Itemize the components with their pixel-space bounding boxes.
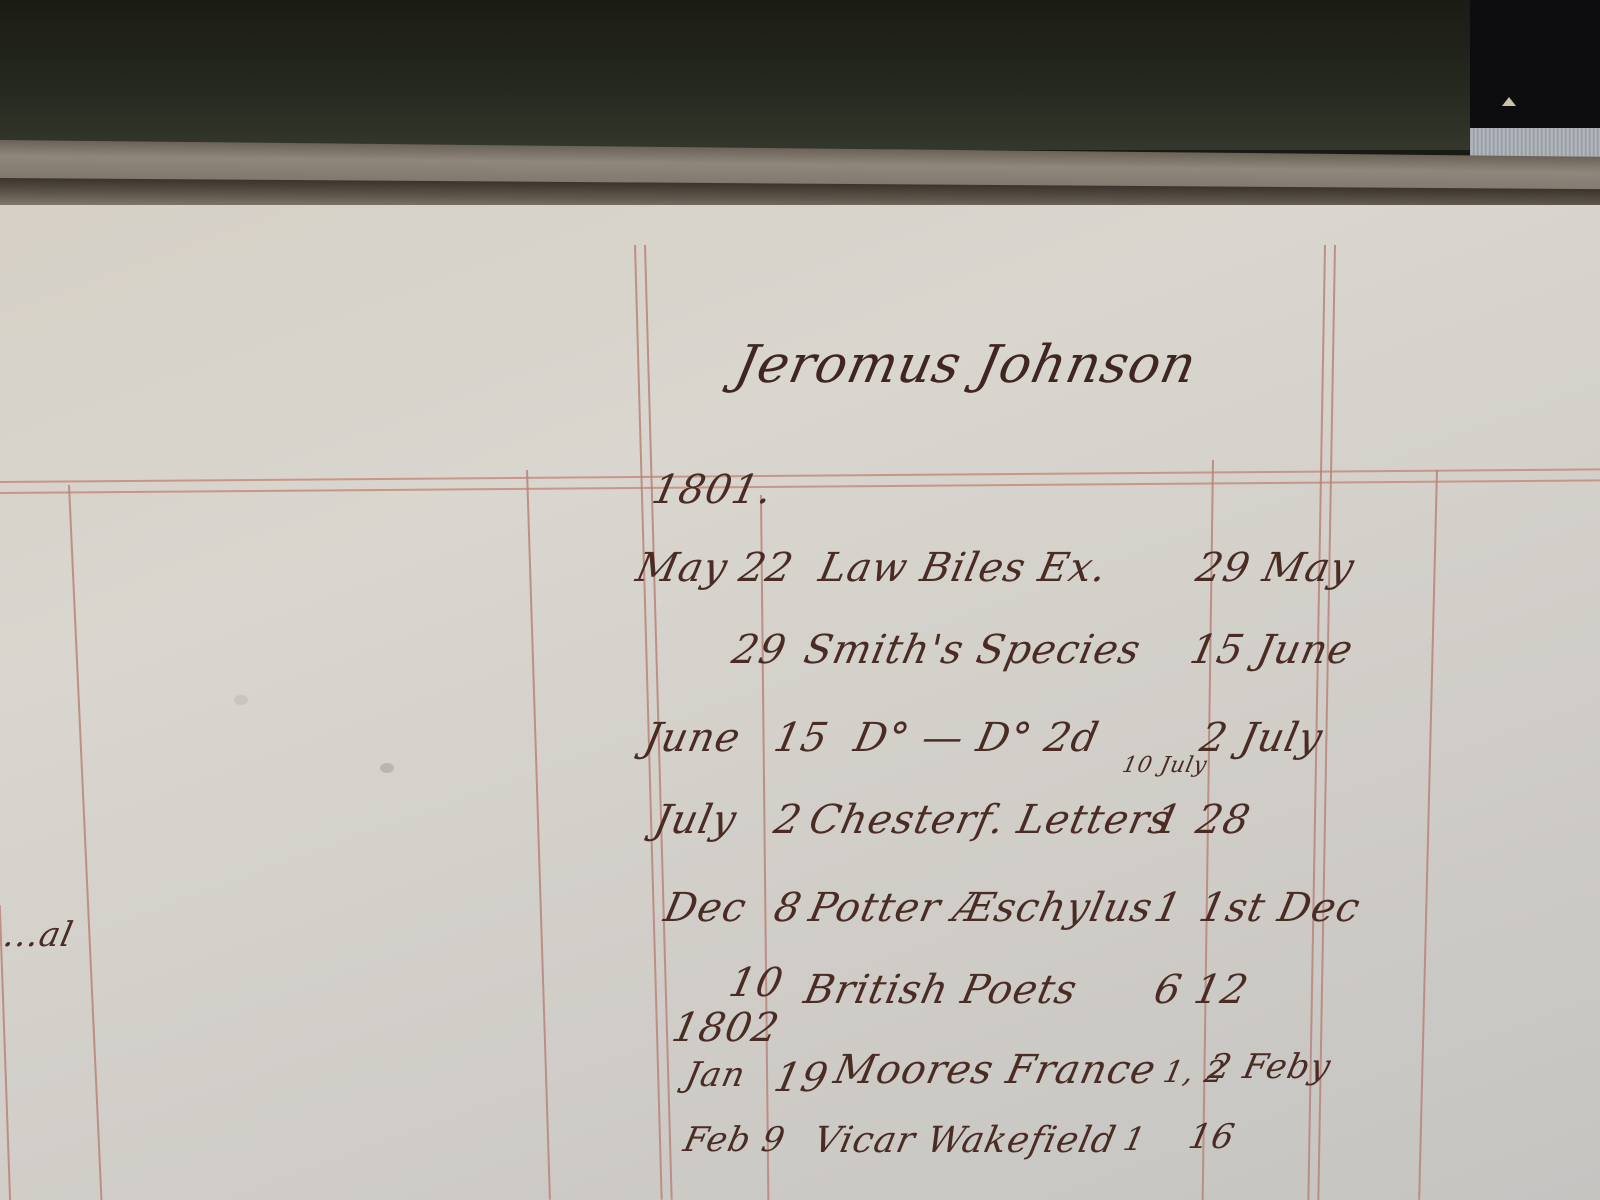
column-rule-1 [68, 485, 103, 1200]
entry-day: 9 [758, 1120, 789, 1160]
entry-month: May [632, 545, 732, 591]
entry-returned: 28 [1192, 797, 1255, 843]
entry-note: 10 July [1120, 753, 1210, 778]
entry-month: July [650, 797, 741, 843]
margin-fragment: ...al [0, 915, 77, 955]
entry-returned: 2 Feby [1205, 1047, 1335, 1087]
year-label-1802: 1802 [668, 1005, 784, 1051]
background-dark [1470, 0, 1600, 128]
entry-month: June [640, 715, 745, 761]
entry-month: Feb [680, 1120, 755, 1160]
header-rule-bottom [0, 479, 1600, 494]
entry-returned: 15 June [1186, 627, 1358, 673]
entry-month: Dec [660, 885, 751, 931]
entry-title: Law Biles Ex. [815, 545, 1112, 591]
column-rule-far-right [1418, 470, 1438, 1200]
entry-title: Chesterf. Letters [805, 797, 1176, 843]
entry-title: Moores France [830, 1047, 1160, 1093]
entry-day: 29 [728, 627, 791, 673]
column-rule-date [760, 495, 769, 1200]
entry-returned: 1st Dec [1195, 885, 1365, 931]
entry-day: 8 [770, 885, 806, 931]
entry-day: 2 [770, 797, 806, 843]
entry-day: 19 [770, 1055, 833, 1101]
ledger-photo: ...al Jeromus Johnson 1801. May 22 Law B… [0, 0, 1600, 1200]
entry-day: 15 [770, 715, 833, 761]
entry-returned: 2 July [1196, 715, 1327, 761]
entry-month: Jan [682, 1055, 749, 1095]
ledger-page: ...al Jeromus Johnson 1801. May 22 Law B… [0, 205, 1600, 1200]
entry-title: D° — D° 2d [850, 715, 1103, 761]
borrower-name: Jeromus Johnson [730, 335, 1202, 395]
entry-title: British Poets [800, 967, 1082, 1013]
entry-day: 22 [735, 545, 798, 591]
entry-title: Vicar Wakefield [810, 1120, 1120, 1161]
year-label-1801: 1801. [648, 467, 777, 513]
entry-volume: 1 [1120, 1120, 1149, 1158]
book-cover-cloth [0, 0, 1470, 150]
entry-returned: 16 [1185, 1117, 1239, 1157]
entry-volume: 6 [1150, 967, 1186, 1013]
entry-returned: 12 [1190, 967, 1253, 1013]
entry-title: Potter Æschylus [805, 885, 1157, 931]
triangle-glint-icon [1502, 97, 1516, 106]
entry-day: 10 [725, 960, 788, 1006]
entry-returned: 29 May [1192, 545, 1359, 591]
column-rule-2 [526, 470, 551, 1200]
entry-title: Smith's Species [800, 627, 1145, 673]
paper-stain [380, 763, 394, 773]
paper-stain [234, 695, 248, 705]
